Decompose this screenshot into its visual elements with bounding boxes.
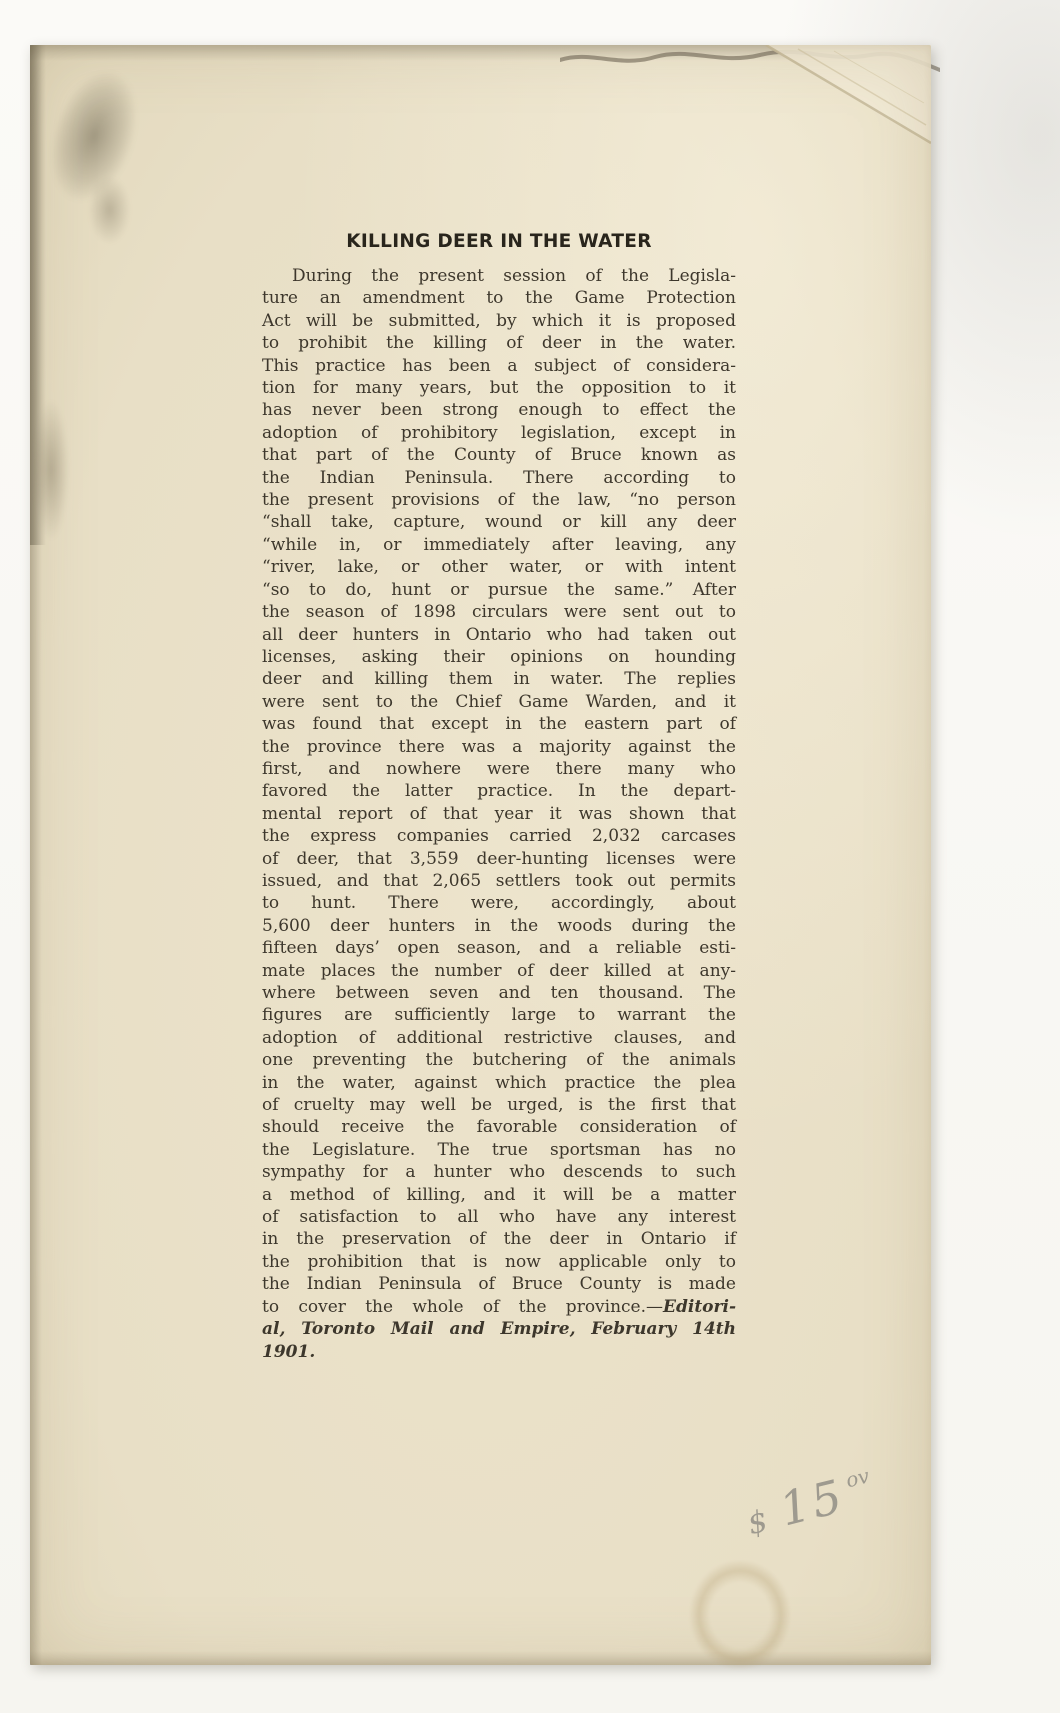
text-line: was found that except in the eastern par… [262, 713, 736, 735]
text-line: first, and nowhere were there many who [262, 758, 736, 780]
text-line: the Indian Peninsula. There according to [262, 467, 736, 489]
text-line: were sent to the Chief Game Warden, and … [262, 691, 736, 713]
text-line: issued, and that 2,065 settlers took out… [262, 870, 736, 892]
text-line: the Legislature. The true sportsman has … [262, 1139, 736, 1161]
text-line: the province there was a majority agains… [262, 736, 736, 758]
pencil-amount: 15 [774, 1469, 850, 1537]
text-line: This practice has been a subject of cons… [262, 355, 736, 377]
pencil-price-note: $15ov [740, 1463, 872, 1545]
text-line: mate places the number of deer killed at… [262, 960, 736, 982]
text-line: to hunt. There were, accordingly, about [262, 892, 736, 914]
text-line: deer and killing them in water. The repl… [262, 668, 736, 690]
text-line: 5,600 deer hunters in the woods during t… [262, 915, 736, 937]
text-line: adoption of additional restrictive claus… [262, 1027, 736, 1049]
text-line: one preventing the butchering of the ani… [262, 1049, 736, 1071]
text-line: to cover the whole of the province.—Edit… [262, 1296, 736, 1318]
text-line: figures are sufficiently large to warran… [262, 1004, 736, 1026]
paper-bottom-edge-shadow [30, 1651, 931, 1665]
text-line: fifteen days’ open season, and a reliabl… [262, 937, 736, 959]
stain-mark [82, 165, 137, 255]
text-line: “river, lake, or other water, or with in… [262, 556, 736, 578]
text-line: has never been strong enough to effect t… [262, 399, 736, 421]
text-line: mental report of that year it was shown … [262, 803, 736, 825]
text-line: to prohibit the killing of deer in the w… [262, 332, 736, 354]
scan-background: KILLING DEER IN THE WATER During the pre… [0, 0, 1060, 1713]
text-line: the Indian Peninsula of Bruce County is … [262, 1273, 736, 1295]
text-line: of deer, that 3,559 deer-hunting license… [262, 848, 736, 870]
text-line: During the present session of the Legisl… [262, 265, 736, 287]
text-line: should receive the favorable considerati… [262, 1116, 736, 1138]
text-line: where between seven and ten thousand. Th… [262, 982, 736, 1004]
article: KILLING DEER IN THE WATER During the pre… [262, 231, 736, 1363]
text-line: favored the latter practice. In the depa… [262, 780, 736, 802]
text-line: ture an amendment to the Game Protection [262, 287, 736, 309]
pencil-superscript: ov [843, 1463, 871, 1492]
article-title: KILLING DEER IN THE WATER [262, 231, 736, 252]
text-line: all deer hunters in Ontario who had take… [262, 624, 736, 646]
text-line: “while in, or immediately after leaving,… [262, 534, 736, 556]
text-line: in the preservation of the deer in Ontar… [262, 1228, 736, 1250]
text-line: adoption of prohibitory legislation, exc… [262, 422, 736, 444]
text-line: in the water, against which practice the… [262, 1072, 736, 1094]
text-line: tion for many years, but the opposition … [262, 377, 736, 399]
text-line: that part of the County of Bruce known a… [262, 444, 736, 466]
folded-corner-icon [736, 45, 931, 170]
text-line: the present provisions of the law, “no p… [262, 489, 736, 511]
text-line: of cruelty may well be urged, is the fir… [262, 1094, 736, 1116]
text-line: “shall take, capture, wound or kill any … [262, 511, 736, 533]
article-body: During the present session of the Legisl… [262, 265, 736, 1363]
text-line: the express companies carried 2,032 carc… [262, 825, 736, 847]
text-line: sympathy for a hunter who descends to su… [262, 1161, 736, 1183]
paper-page: KILLING DEER IN THE WATER During the pre… [30, 45, 931, 1665]
text-line: 1901. [262, 1341, 736, 1363]
paper-top-edge-shadow [30, 45, 931, 61]
text-line: licenses, asking their opinions on hound… [262, 646, 736, 668]
text-line: the season of 1898 circulars were sent o… [262, 601, 736, 623]
text-line: the prohibition that is now applicable o… [262, 1251, 736, 1273]
text-line: a method of killing, and it will be a ma… [262, 1184, 736, 1206]
text-line: of satisfaction to all who have any inte… [262, 1206, 736, 1228]
text-line: al, Toronto Mail and Empire, February 14… [262, 1318, 736, 1340]
paper-left-edge-dark-shadow [30, 45, 46, 545]
pencil-currency-symbol: $ [744, 1504, 771, 1543]
text-line: “so to do, hunt or pursue the same.” Aft… [262, 579, 736, 601]
text-line: Act will be submitted, by which it is pr… [262, 310, 736, 332]
